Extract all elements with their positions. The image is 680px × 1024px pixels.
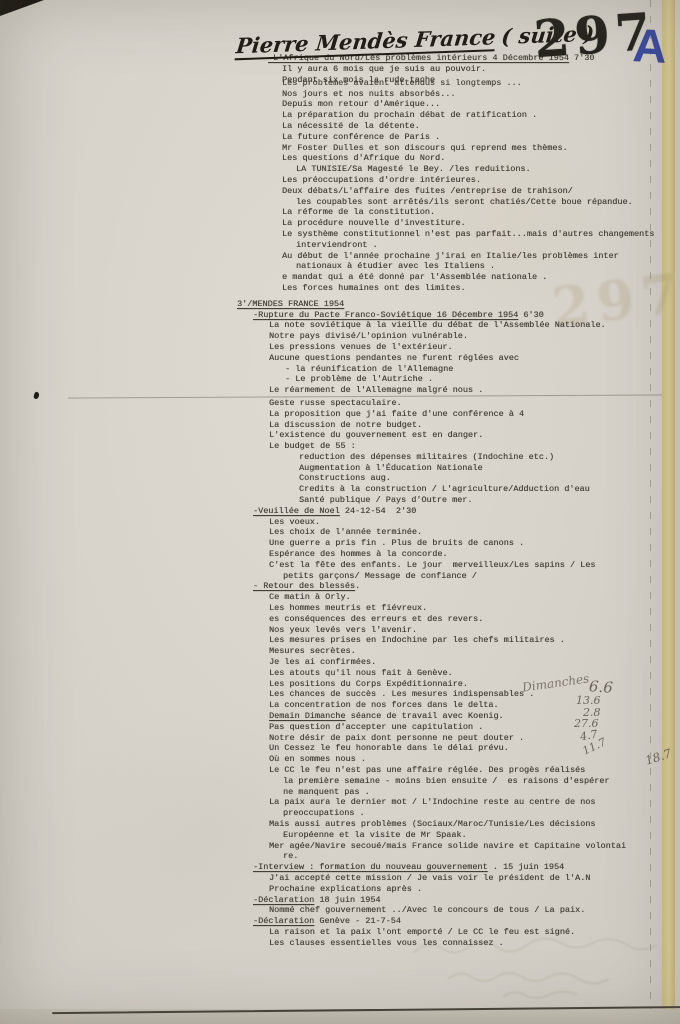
typed-line: Je les ai confirmées. — [237, 657, 673, 668]
typed-line: La proposition que j'ai faite d'une conf… — [237, 409, 673, 420]
typed-line: Demain Dimanche séance de travail avec K… — [237, 711, 673, 722]
typed-line: Les atouts qu'il nous fait à Genève. — [237, 668, 673, 679]
typed-line: Le CC le feu n'est pas une affaire réglé… — [237, 765, 673, 776]
typed-line: es conséquences des erreurs et des rever… — [237, 614, 673, 625]
typed-line-underlined: Demain Dimanche — [269, 711, 346, 721]
typed-line-underlined: 3'/MENDES FRANCE 1954 — [237, 299, 344, 309]
typed-line: reduction des dépenses militaires (Indoc… — [237, 452, 673, 463]
typed-line: Espérance des hommes à la concorde. — [237, 549, 673, 560]
typed-line: Deux débats/L'affaire des fuites /entrep… — [237, 186, 673, 197]
typed-line: La procédure nouvelle d'investiture. — [237, 218, 673, 229]
typed-line: La future conférence de Paris . — [237, 132, 673, 143]
typed-line: preoccupations . — [237, 808, 673, 819]
typed-line-underlined: -Veuillée de Noel — [253, 506, 340, 516]
typed-line: Mer agée/Navire secoué/mais France solid… — [237, 841, 673, 852]
typed-line: 3'/MENDES FRANCE 1954 — [237, 299, 673, 310]
typed-line: Nommé chef gouvernement ../Avec le conco… — [237, 905, 673, 916]
typed-line: Les clauses essentielles vous les connai… — [237, 938, 673, 949]
typed-line: - la réunification de l'Allemagne — [237, 364, 673, 375]
typed-line: la première semaine - moins bien ensuite… — [237, 776, 673, 787]
page-letter-marker: A — [632, 17, 669, 74]
typed-line: Prochaine explications après . — [237, 884, 673, 895]
typed-text: -L'Afrique du Nord/Les problèmes intérie… — [237, 53, 673, 949]
typed-line: C'est la fête des enfants. Le jour merve… — [237, 560, 673, 571]
typed-line: Notre désir de paix dont personne ne peu… — [237, 733, 673, 744]
corner-shadow — [0, 0, 44, 16]
typed-line: interviendront . — [237, 240, 673, 251]
typed-line: Les mesures prises en Indochine par les … — [237, 635, 673, 646]
typed-line: La raison et la paix l'ont emporté / Le … — [237, 927, 673, 938]
typed-line: Les préoccupations d'ordre intérieures. — [237, 175, 673, 186]
typed-line: Constructions aug. — [237, 473, 673, 484]
typed-line: Santé publique / Pays d'Outre mer. — [237, 495, 673, 506]
typed-line: La concentration de nos forces dans le d… — [237, 700, 673, 711]
typed-line-underlined: -Interview : formation du nouveau gouver… — [253, 862, 488, 872]
typed-line: Le budget de 55 : — [237, 441, 673, 452]
typed-line: Mesures secrètes. — [237, 646, 673, 657]
typed-line: Pas question d'accepter une capitulation… — [237, 722, 673, 733]
typed-line: -Rupture du Pacte Franco-Soviétique 16 D… — [237, 310, 673, 321]
typed-line-underlined: - Retour des blessés — [253, 581, 355, 591]
typed-line: Les voeux. — [237, 517, 673, 528]
typed-line: -Interview : formation du nouveau gouver… — [237, 862, 673, 873]
typed-line: - Retour des blessés. — [237, 581, 673, 592]
typed-line: -Veuillée de Noel 24-12-54 2'30 — [237, 506, 673, 517]
typed-line: Le systhème constitutionnel n'est pas pa… — [237, 229, 673, 240]
typed-line: Geste russe spectaculaire. — [237, 398, 673, 409]
typed-line: Au début de l'année prochaine j'irai en … — [237, 251, 673, 262]
typed-line: Augmentation à l'Éducation Nationale — [237, 463, 673, 474]
typed-line: e mandat qui a été donné par l'Assemblée… — [237, 272, 673, 283]
typed-line-underlined: -Rupture du Pacte Franco-Soviétique 16 D… — [253, 310, 518, 320]
typed-line: Les problèmes avaient attendus si longte… — [237, 78, 673, 89]
typed-line: La discussion de notre budget. — [237, 420, 673, 431]
typed-line: Depuis mon retour d'Amérique... — [237, 99, 673, 110]
typed-line-underlined: -Déclaration — [253, 916, 314, 926]
typed-line: La note soviétique à la vieille du débat… — [237, 320, 673, 331]
typed-line: Aucune questions pendantes ne furent rég… — [237, 353, 673, 364]
typed-line: La réforme de la constitution. — [237, 207, 673, 218]
typed-line: La préparation du prochain débat de rati… — [237, 110, 673, 121]
typed-line: Ce matin à Orly. — [237, 592, 673, 603]
scan-edge — [675, 0, 680, 1010]
typed-line: les coupables sont arrêtés/ils seront ch… — [237, 197, 673, 208]
typed-line: Une guerre a pris fin . Plus de bruits d… — [237, 538, 673, 549]
typed-line: Mr Foster Dulles et son discours qui rep… — [237, 143, 673, 154]
typed-line-underlined: -Déclaration — [253, 895, 314, 905]
typed-line: nationaux à étudier avec les Italiens . — [237, 261, 673, 272]
typed-line: ne manquent pas . — [237, 787, 673, 798]
typed-line: Les questions d'Afrique du Nord. — [237, 153, 673, 164]
typed-line: L'existence du gouvernement est en dange… — [237, 430, 673, 441]
typed-line: Notre pays divisé/L'opinion vulnérable. — [237, 331, 673, 342]
typed-line: petits garçons/ Message de confiance / — [237, 571, 673, 582]
typed-line: Les forces humaines ont des limites. — [237, 283, 673, 294]
typed-line: -Déclaration 18 juin 1954 — [237, 895, 673, 906]
typed-line: La nécessité de la détente. — [237, 121, 673, 132]
typed-line: Les pressions venues de l'extérieur. — [237, 342, 673, 353]
typed-line: Nos jours et nos nuits absorbés... — [237, 89, 673, 100]
typed-line: - Le problème de l'Autriche . — [237, 374, 673, 385]
typed-line: La paix aura le dernier mot / L'Indochin… — [237, 797, 673, 808]
typed-line: Les hommes meutris et fiévreux. — [237, 603, 673, 614]
typed-line: Mais aussi autres problèmes (Sociaux/Mar… — [237, 819, 673, 830]
typed-line: Les choix de l'année terminée. — [237, 527, 673, 538]
ink-blot — [33, 391, 40, 399]
typed-line: Un Cessez le feu honorable dans le délai… — [237, 743, 673, 754]
typed-line: re. — [237, 851, 673, 862]
scanned-page: { "header": { "handwritten_title_name": … — [0, 0, 680, 1024]
typed-line: Où en sommes nous . — [237, 754, 673, 765]
typed-line: -Déclaration Genève - 21-7-54 — [237, 916, 673, 927]
typed-line: LA TUNISIE/Sa Magesté le Bey. /les redui… — [237, 164, 673, 175]
typed-line: Il y aura 6 mois que je suis au pouvoir. — [237, 64, 673, 75]
typed-line: Européenne et la visite de Mr Spaak. — [237, 830, 673, 841]
typed-line: J'ai accepté cette mission / Je vais voi… — [237, 873, 673, 884]
typed-line: Credits à la construction / L'agricultur… — [237, 484, 673, 495]
typed-line: Nos yeux levés vers l'avenir. — [237, 625, 673, 636]
